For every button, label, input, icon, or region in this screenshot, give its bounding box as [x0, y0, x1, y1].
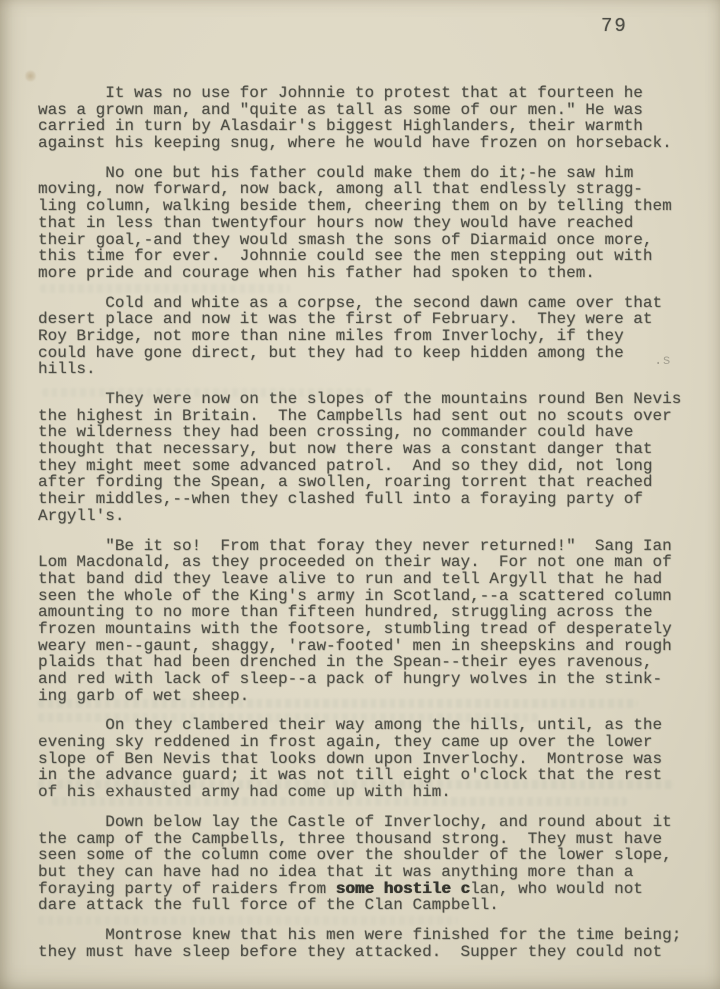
text-line: "Be it so! From that foray they never re… — [38, 538, 698, 555]
text-line: Roy Bridge, not more than nine miles fro… — [38, 328, 698, 345]
paragraph: They were now on the slopes of the mount… — [38, 391, 698, 525]
paragraph: "Be it so! From that foray they never re… — [38, 538, 698, 705]
text-line: desert place and now it was the first of… — [38, 311, 698, 328]
text-line: No one but his father could make them do… — [38, 165, 698, 182]
page-number: 79 — [601, 15, 628, 37]
text-line: this time for ever. Johnnie could see th… — [38, 248, 698, 265]
text-line: hills. — [38, 361, 698, 378]
text-line: that band did they leave alive to run an… — [38, 571, 698, 588]
text-line: their middles,--when they clashed full i… — [38, 491, 698, 508]
text-line: It was no use for Johnnie to protest tha… — [38, 85, 698, 102]
overstruck-text: some hostile c — [336, 880, 470, 898]
bleed-through-mark — [42, 388, 372, 397]
text-line: carried in turn by Alasdair's biggest Hi… — [38, 118, 698, 135]
paragraph: Montrose knew that his men were finished… — [38, 927, 698, 960]
text-line: they must have sleep before they attacke… — [38, 944, 698, 961]
text-line: their goal,-and they would smash the son… — [38, 232, 698, 249]
document-page: 79 It was no use for Johnnie to protest … — [0, 0, 720, 989]
text-line: Argyll's. — [38, 508, 698, 525]
text-line: the highest in Britain. The Campbells ha… — [38, 408, 698, 425]
bleed-through-mark — [40, 284, 290, 293]
text-line: dare attack the full force of the Clan C… — [38, 897, 698, 914]
text-line: that in less than twentyfour hours now t… — [38, 215, 698, 232]
paper-stain — [25, 70, 36, 82]
bleed-through-mark — [38, 699, 638, 708]
text-line: after fording the Spean, a swollen, roar… — [38, 474, 698, 491]
text-line: could have gone direct, but they had to … — [38, 345, 698, 362]
text-segment: foraying party of raiders from — [38, 880, 336, 898]
text-line: evening sky reddened in frost again, the… — [38, 734, 698, 751]
text-line: and red with lack of sleep--a pack of hu… — [38, 671, 698, 688]
bleed-through-mark — [52, 797, 627, 806]
text-line: ling column, walking beside them, cheeri… — [38, 198, 698, 215]
text-line: slope of Ben Nevis that looks down upon … — [38, 751, 698, 768]
paragraph: Down below lay the Castle of Inverlochy,… — [38, 814, 698, 914]
text-line: they might meet some advanced patrol. An… — [38, 458, 698, 475]
text-line: more pride and courage when his father h… — [38, 265, 698, 282]
text-line: the camp of the Campbells, three thousan… — [38, 831, 698, 848]
text-line: weary men--gaunt, shaggy, 'raw-footed' m… — [38, 638, 698, 655]
text-segment: lan, who would not — [470, 880, 643, 898]
bleed-through-mark — [38, 780, 674, 789]
text-line: Montrose knew that his men were finished… — [38, 927, 698, 944]
text-line: was a grown man, and "quite as tall as s… — [38, 102, 698, 119]
text-line: foraying party of raiders from some host… — [38, 881, 698, 898]
text-line: Lom Macdonald, as they proceeded on thei… — [38, 554, 698, 571]
stray-ink-mark: .s — [654, 353, 671, 369]
page-body: It was no use for Johnnie to protest tha… — [38, 85, 698, 973]
paragraph: No one but his father could make them do… — [38, 165, 698, 282]
text-line: the wilderness they had been crossing, n… — [38, 424, 698, 441]
paragraph: Cold and white as a corpse, the second d… — [38, 295, 698, 378]
bleed-through-mark — [38, 916, 458, 925]
text-line: but they can have had no idea that it wa… — [38, 864, 698, 881]
text-line: seen the whole of the King's army in Sco… — [38, 588, 698, 605]
text-line: plaids that had been drenched in the Spe… — [38, 654, 698, 671]
paragraph: It was no use for Johnnie to protest tha… — [38, 85, 698, 152]
text-line: Down below lay the Castle of Inverlochy,… — [38, 814, 698, 831]
text-line: thought that necessary, but now there wa… — [38, 441, 698, 458]
text-line: seen some of the column come over the sh… — [38, 847, 698, 864]
text-line: Cold and white as a corpse, the second d… — [38, 295, 698, 312]
text-line: against his keeping snug, where he would… — [38, 135, 698, 152]
text-line: moving, now forward, now back, among all… — [38, 181, 698, 198]
bleed-through-mark — [38, 713, 538, 722]
text-line: amounting to no more than fifteen hundre… — [38, 604, 698, 621]
text-line: frozen mountains with the footsore, stum… — [38, 621, 698, 638]
